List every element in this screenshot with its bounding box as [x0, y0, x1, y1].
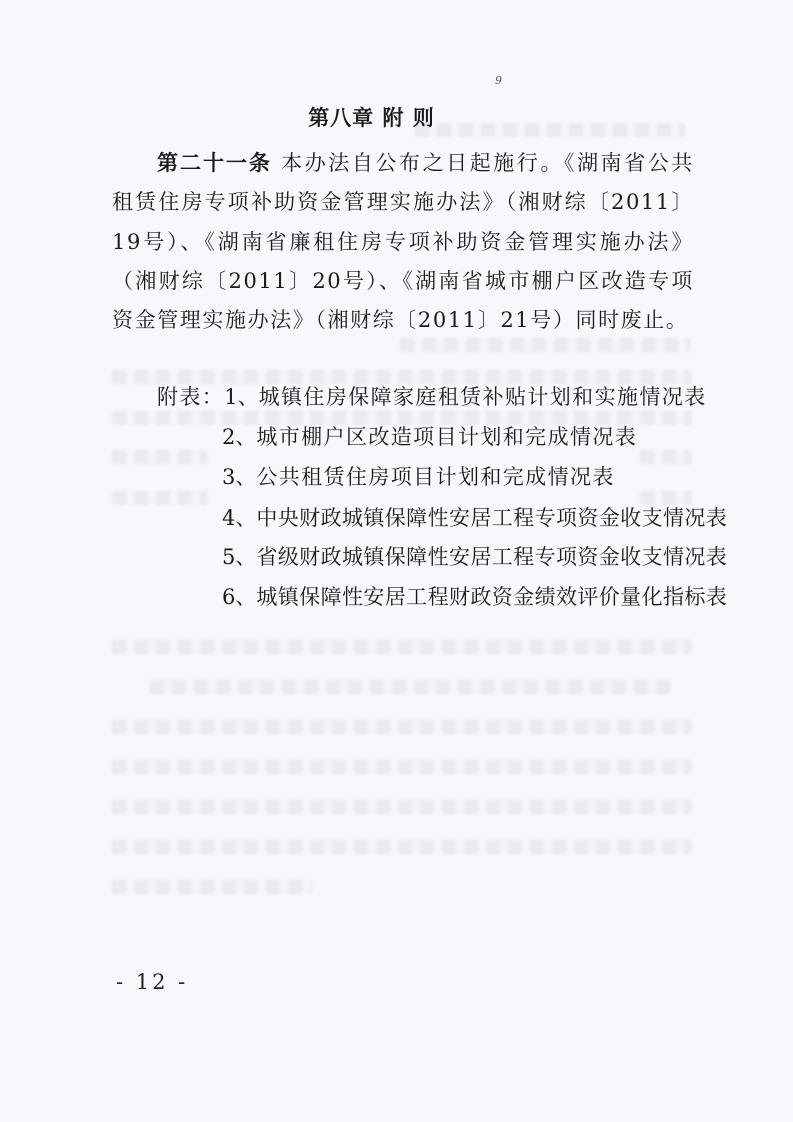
show-through-texture — [112, 640, 692, 654]
appendix-item-5: 5、省级财政城镇保障性安居工程专项资金收支情况表 — [222, 543, 727, 571]
appendix-item-title: 城镇保障性安居工程财政资金绩效评价量化指标表 — [256, 585, 727, 609]
appendix-item-4: 4、中央财政城镇保障性安居工程专项资金收支情况表 — [222, 504, 727, 532]
show-through-texture — [112, 491, 207, 505]
appendix-item-number: 4、 — [222, 506, 256, 530]
appendix-item-title: 城镇住房保障家庭租赁补贴计划和实施情况表 — [259, 385, 707, 409]
appendix-item-title: 中央财政城镇保障性安居工程专项资金收支情况表 — [256, 506, 727, 530]
article-paragraph: 第二十一条 本办法自公布之日起施行。《湖南省公共租赁住房专项补助资金管理实施办法… — [112, 144, 694, 340]
scan-mark: 9 — [495, 74, 502, 87]
appendix-item-number: 3、 — [222, 465, 256, 489]
article-text: 本办法自公布之日起施行。《湖南省公共租赁住房专项补助资金管理实施办法》（湘财综〔… — [112, 151, 694, 332]
page-number: - 12 - — [116, 970, 188, 994]
appendix-item-number: 2、 — [222, 425, 256, 449]
appendix-label: 附表： — [157, 385, 224, 409]
appendix-item-title: 城市棚户区改造项目计划和完成情况表 — [256, 425, 637, 449]
show-through-texture — [112, 800, 692, 814]
show-through-texture — [150, 680, 670, 694]
appendix-item-number: 1、 — [224, 385, 258, 409]
show-through-texture — [112, 840, 692, 854]
show-through-texture — [112, 370, 692, 384]
appendix-item-title: 省级财政城镇保障性安居工程专项资金收支情况表 — [256, 545, 727, 569]
appendix-item-2: 2、城市棚户区改造项目计划和完成情况表 — [222, 423, 637, 451]
appendix-item-number: 5、 — [222, 545, 256, 569]
appendix-item-title: 公共租赁住房项目计划和完成情况表 — [256, 465, 614, 489]
appendix-item-6: 6、城镇保障性安居工程财政资金绩效评价量化指标表 — [222, 583, 727, 611]
document-page: 9 第八章 附 则 第二十一条 本办法自公布之日起施行。《湖南省公共租赁住房专项… — [0, 0, 793, 1122]
article-number: 第二十一条 — [157, 151, 272, 175]
appendix-item-1: 附表：1、城镇住房保障家庭租赁补贴计划和实施情况表 — [157, 383, 707, 411]
show-through-texture — [112, 450, 207, 464]
show-through-texture — [112, 880, 312, 894]
appendix-item-number: 6、 — [222, 585, 256, 609]
show-through-texture — [640, 491, 692, 505]
show-through-texture — [640, 450, 692, 464]
show-through-texture — [112, 720, 692, 734]
show-through-texture — [112, 760, 692, 774]
appendix-item-3: 3、公共租赁住房项目计划和完成情况表 — [222, 463, 615, 491]
chapter-title: 第八章 附 则 — [0, 102, 793, 132]
